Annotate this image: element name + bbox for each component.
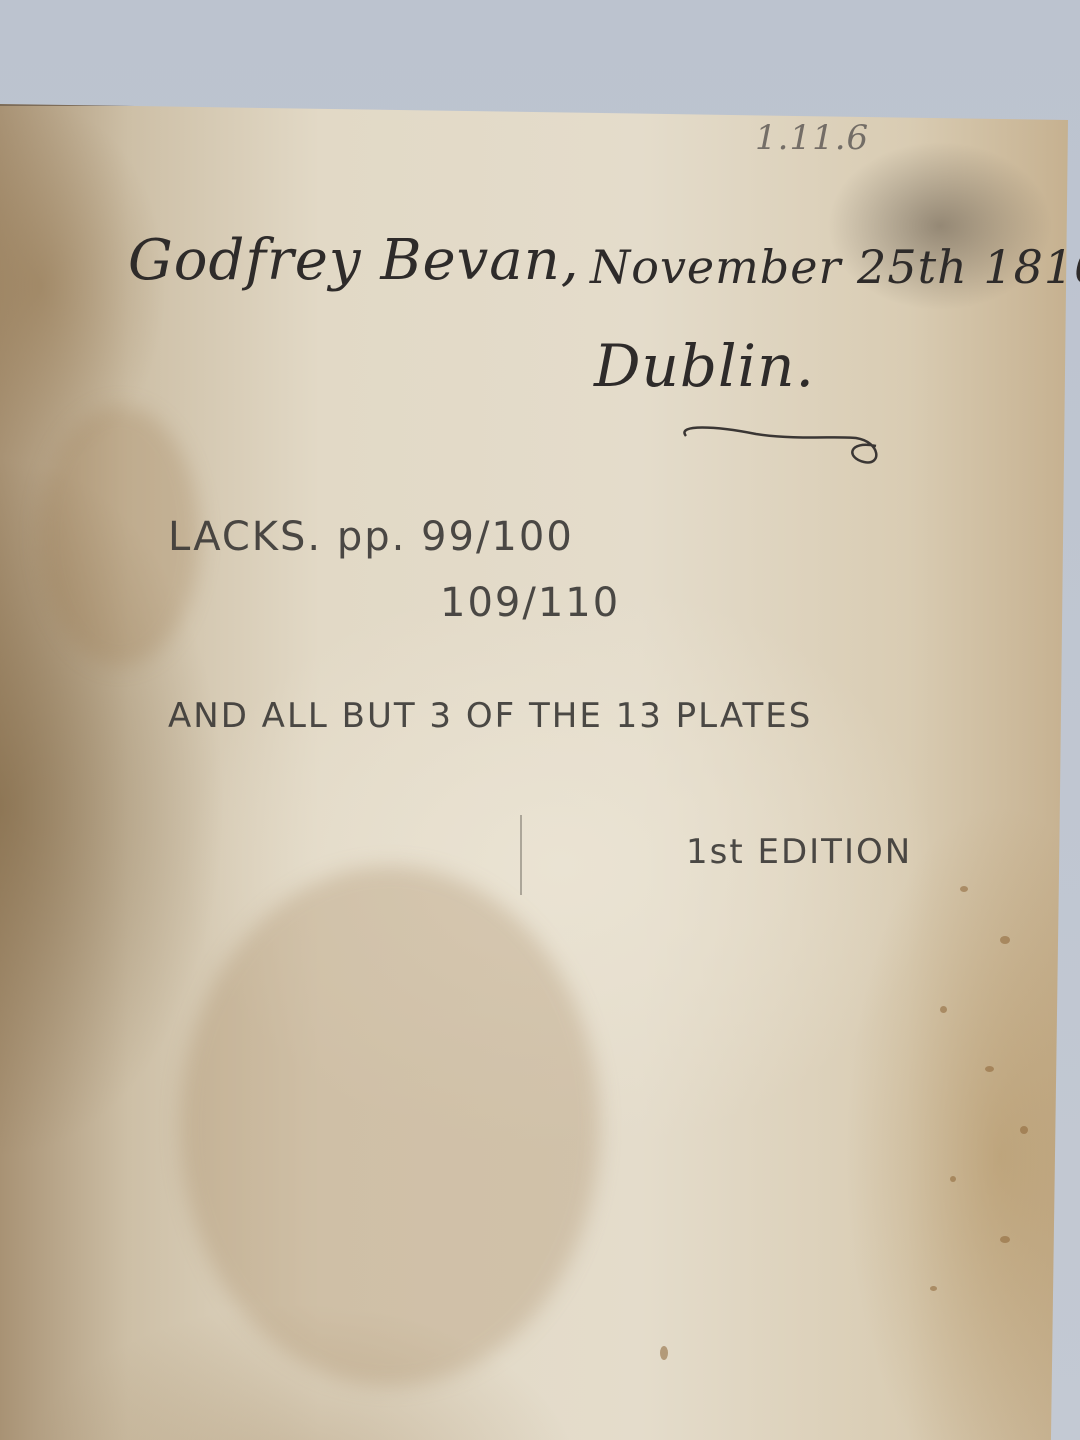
shelf-mark: 1.11.6 [755, 118, 869, 158]
pencil-mark [520, 815, 522, 895]
pencil-note-edition: 1st EDITION [686, 832, 912, 872]
inscription-date: November 25th 1816. [590, 240, 1080, 294]
pencil-note-line2: 109/110 [440, 580, 620, 626]
endpaper [0, 104, 1068, 1440]
foxing-spot [985, 1066, 994, 1072]
owner-name: Godfrey Bevan, [128, 228, 580, 293]
foxing-spot [930, 1286, 937, 1291]
foxing-spot [940, 1006, 947, 1013]
flourish-underline [676, 418, 886, 474]
foxing-spot [660, 1346, 668, 1360]
water-stain [180, 866, 600, 1386]
foxing-spot [1020, 1126, 1028, 1134]
pencil-note-line1: LACKS. pp. 99/100 [168, 514, 574, 560]
inscription-place: Dublin. [594, 332, 815, 400]
foxing-spot [1000, 1236, 1010, 1243]
foxing-spot [960, 886, 968, 892]
foxing-spot [1000, 936, 1010, 944]
pencil-note-line3: AND ALL BUT 3 OF THE 13 PLATES [168, 696, 812, 736]
foxing-spot [950, 1176, 956, 1182]
